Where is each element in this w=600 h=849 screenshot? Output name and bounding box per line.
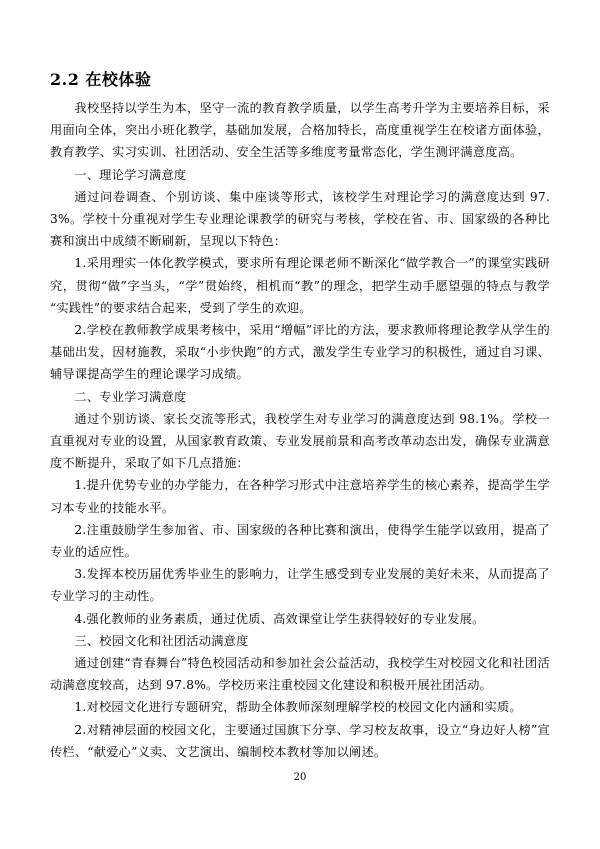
paragraph-numbered-item: 3.发挥本校历届优秀毕业生的影响力，让学生感受到专业发展的美好未来，从而提高了专…: [50, 563, 550, 607]
subheading-campus-culture-satisfaction: 三、校园文化和社团活动满意度: [50, 630, 550, 652]
paragraph-intro: 我校坚持以学生为本，坚守一流的教育教学质量，以学生高考升学为主要培养目标，采用面…: [50, 97, 550, 164]
paragraph-numbered-item: 1.对校园文化进行专题研究，帮助全体教师深刻理解学校的校园文化内涵和实质。: [50, 696, 550, 718]
paragraph-numbered-item: 2.注重鼓励学生参加省、市、国家级的各种比赛和演出，使得学生能学以致用，提高了专…: [50, 519, 550, 563]
paragraph-numbered-item: 2.对精神层面的校园文化，主要通过国旗下分享、学习校友故事，设立“身边好人榜”宣…: [50, 719, 550, 763]
paragraph: 通过个别访谈、家长交流等形式，我校学生对专业学习的满意度达到 98.1%。学校一…: [50, 408, 550, 475]
paragraph: 通过问卷调查、个别访谈、集中座谈等形式，该校学生对理论学习的满意度达到 97.3…: [50, 186, 550, 253]
document-body: 2.2 在校体验 我校坚持以学生为本，坚守一流的教育教学质量，以学生高考升学为主…: [50, 70, 550, 763]
subheading-theory-satisfaction: 一、理论学习满意度: [50, 164, 550, 186]
document-page: 2.2 在校体验 我校坚持以学生为本，坚守一流的教育教学质量，以学生高考升学为主…: [0, 0, 600, 849]
paragraph-numbered-item: 4.强化教师的业务素质，通过优质、高效课堂让学生获得较好的专业发展。: [50, 608, 550, 630]
paragraph-numbered-item: 1.采用理实一体化教学模式，要求所有理论课老师不断深化“做学教合一”的课堂实践研…: [50, 252, 550, 319]
paragraph-numbered-item: 2.学校在教师教学成果考核中，采用“增幅”评比的方法，要求教师将理论教学从学生的…: [50, 319, 550, 386]
page-number: 20: [0, 771, 600, 785]
subheading-major-satisfaction: 二、专业学习满意度: [50, 386, 550, 408]
section-heading: 2.2 在校体验: [50, 70, 550, 90]
paragraph-numbered-item: 1.提升优势专业的办学能力，在各种学习形式中注意培养学生的核心素养，提高学生学习…: [50, 474, 550, 518]
paragraph: 通过创建“青春舞台”特色校园活动和参加社会公益活动，我校学生对校园文化和社团活动…: [50, 652, 550, 696]
